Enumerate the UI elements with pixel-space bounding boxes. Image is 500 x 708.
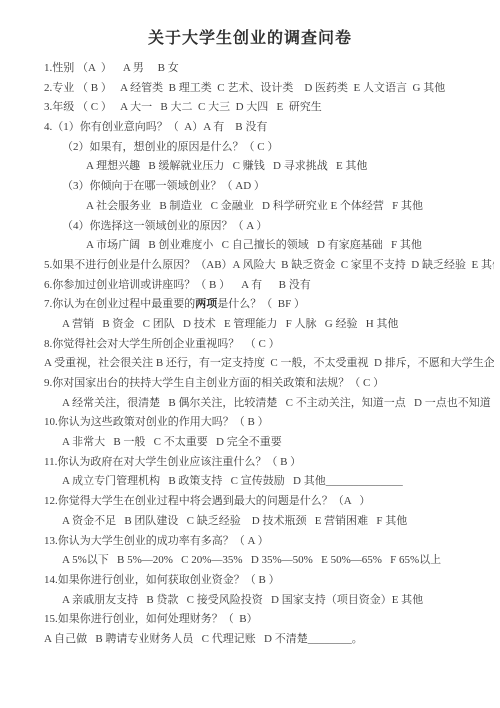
question-10-options: A 非常大 B 一般 C 不太重要 D 完全不重要	[44, 433, 494, 453]
question-15: 15.如果你进行创业，如何处理财务？（ B）	[44, 610, 494, 630]
question-4-1: 4.（1）你有创业意向吗？（ A）A 有 B 没有	[44, 118, 494, 138]
question-11-options: A 成立专门管理机构 B 政策支持 C 宣传鼓励 D 其他___________…	[44, 472, 494, 492]
question-9: 9.你对国家出台的扶持大学生自主创业方面的相关政策和法规？（ C ）	[44, 374, 494, 394]
question-gender: 1.性别 （A ） A 男 B 女	[44, 59, 494, 79]
question-8: 8.你觉得社会对大学生所创企业重视吗？ （ C ）	[44, 335, 494, 355]
question-4-3: （3）你倾向于在哪一领域创业？（ AD ）	[44, 177, 494, 197]
question-9-options: A 经常关注，很清楚 B 偶尔关注，比较清楚 C 不主动关注，知道一点 D 一点…	[44, 394, 494, 414]
question-8-options: A 受重视，社会很关注 B 还行，有一定支持度 C 一般，不太受重视 D 排斥，…	[44, 354, 494, 374]
question-7-bold: 两项	[195, 298, 217, 310]
questionnaire-page: 关于大学生创业的调查问卷 1.性别 （A ） A 男 B 女 2.专业 （ B …	[0, 0, 500, 708]
question-major: 2.专业 （ B ） A 经管类 B 理工类 C 艺术、设计类 D 医药类 E …	[44, 79, 494, 99]
page-title: 关于大学生创业的调查问卷	[0, 0, 500, 48]
question-7-pre: 7.你认为在创业过程中最重要的	[44, 298, 195, 310]
question-14: 14.如果你进行创业，如何获取创业资金？（ B ）	[44, 571, 494, 591]
question-13-options: A 5%以下 B 5%—20% C 20%—35% D 35%—50% E 50…	[44, 551, 494, 571]
question-4-2-options: A 理想兴趣 B 缓解就业压力 C 赚钱 D 寻求挑战 E 其他	[44, 157, 494, 177]
question-10: 10.你认为这些政策对创业的作用大吗？（ B ）	[44, 413, 494, 433]
question-4-4-options: A 市场广阔 B 创业难度小 C 自己擅长的领域 D 有家庭基础 F 其他	[44, 236, 494, 256]
question-12-options: A 资金不足 B 团队建设 C 缺乏经验 D 技术瓶颈 E 营销困难 F 其他	[44, 512, 494, 532]
question-grade: 3.年级 （ C ） A 大一 B 大二 C 大三 D 大四 E 研究生	[44, 98, 494, 118]
question-12: 12.你觉得大学生在创业过程中将会遇到最大的问题是什么？（A ）	[44, 492, 494, 512]
question-15-options: A 自己做 B 聘请专业财务人员 C 代理记账 D 不清楚________。	[44, 630, 494, 650]
question-7-post: 是什么？（ BF ）	[217, 298, 305, 310]
question-6: 6.你参加过创业培训或讲座吗？（ B ） A 有 B 没有	[44, 276, 494, 296]
question-13: 13.你认为大学生创业的成功率有多高？（ A ）	[44, 532, 494, 552]
question-11: 11.你认为政府在对大学生创业应该注重什么？（ B ）	[44, 453, 494, 473]
question-5: 5.如果不进行创业是什么原因？（AB）A 风险大 B 缺乏资金 C 家里不支持 …	[44, 256, 494, 276]
question-4-4: （4）你选择这一领域创业的原因？（ A ）	[44, 217, 494, 237]
question-4-3-options: A 社会服务业 B 制造业 C 金融业 D 科学研究业 E 个体经营 F 其他	[44, 197, 494, 217]
question-4-2: （2）如果有，想创业的原因是什么？（ C ）	[44, 138, 494, 158]
questionnaire-body: 1.性别 （A ） A 男 B 女 2.专业 （ B ） A 经管类 B 理工类…	[0, 59, 500, 650]
question-7: 7.你认为在创业过程中最重要的两项是什么？（ BF ）	[44, 295, 494, 315]
question-14-options: A 亲戚朋友支持 B 贷款 C 接受风险投资 D 国家支持（项目资金）E 其他	[44, 591, 494, 611]
question-7-options: A 营销 B 资金 C 团队 D 技术 E 管理能力 F 人脉 G 经验 H 其…	[44, 315, 494, 335]
